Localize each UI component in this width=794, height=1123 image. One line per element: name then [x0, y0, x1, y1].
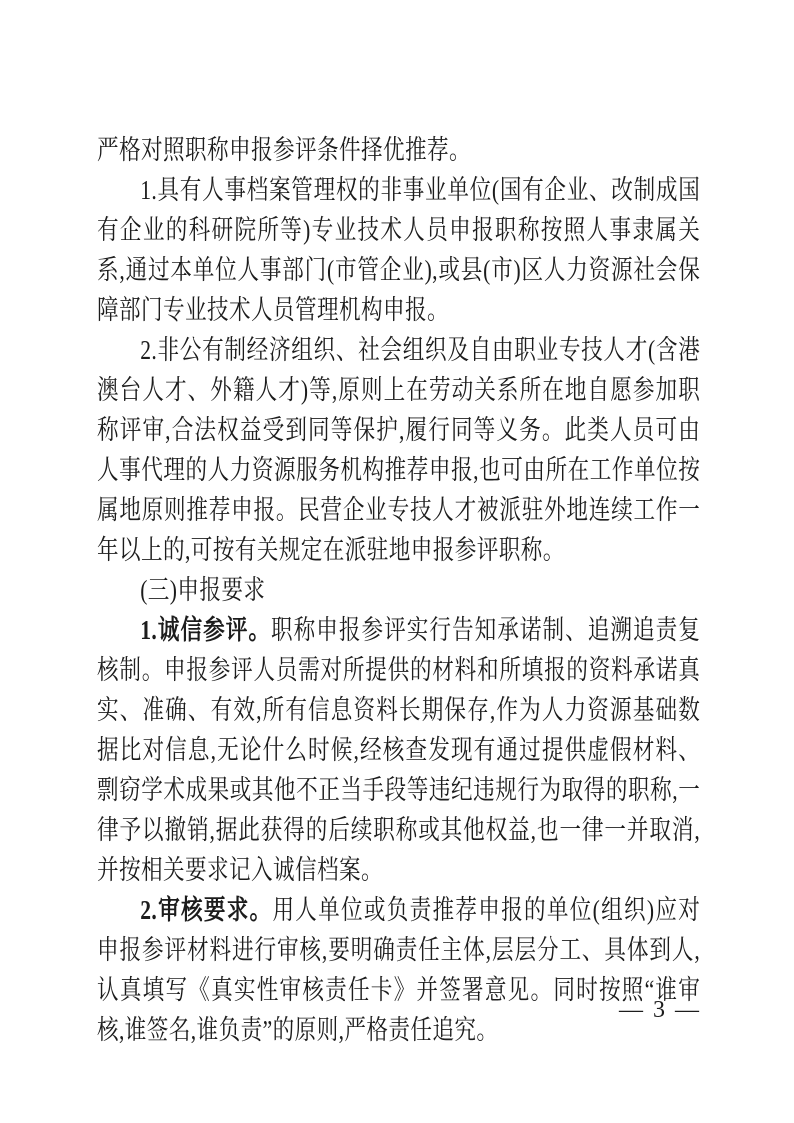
paragraph-lead: 1.诚信参评。	[140, 615, 271, 645]
page-number: — 3 —	[600, 995, 720, 1025]
document-body: 严格对照职称申报参评条件择优推荐。1.具有人事档案管理权的非事业单位(国有企业、…	[97, 130, 700, 1050]
paragraph-text: 严格对照职称申报参评条件择优推荐。	[97, 135, 471, 165]
paragraph: 严格对照职称申报参评条件择优推荐。	[97, 130, 700, 170]
paragraph: 2.审核要求。用人单位或负责推荐申报的单位(组织)应对申报参评材料进行审核,要明…	[97, 890, 700, 1050]
document-page: 严格对照职称申报参评条件择优推荐。1.具有人事档案管理权的非事业单位(国有企业、…	[0, 0, 794, 1123]
paragraph: 1.诚信参评。职称申报参评实行告知承诺制、追溯追责复核制。申报参评人员需对所提供…	[97, 610, 700, 890]
paragraph-text: 职称申报参评实行告知承诺制、追溯追责复核制。申报参评人员需对所提供的材料和所填报…	[97, 615, 700, 885]
paragraph-lead: 2.审核要求。	[140, 895, 272, 925]
paragraph: 2.非公有制经济组织、社会组织及自由职业专技人才(含港澳台人才、外籍人才)等,原…	[97, 330, 700, 570]
paragraph-text: 2.非公有制经济组织、社会组织及自由职业专技人才(含港澳台人才、外籍人才)等,原…	[97, 335, 700, 565]
paragraph: 1.具有人事档案管理权的非事业单位(国有企业、改制成国有企业的科研院所等)专业技…	[97, 170, 700, 330]
paragraph-text: 1.具有人事档案管理权的非事业单位(国有企业、改制成国有企业的科研院所等)专业技…	[97, 175, 700, 325]
paragraph: (三)申报要求	[97, 570, 700, 610]
paragraph-text: (三)申报要求	[140, 575, 265, 605]
